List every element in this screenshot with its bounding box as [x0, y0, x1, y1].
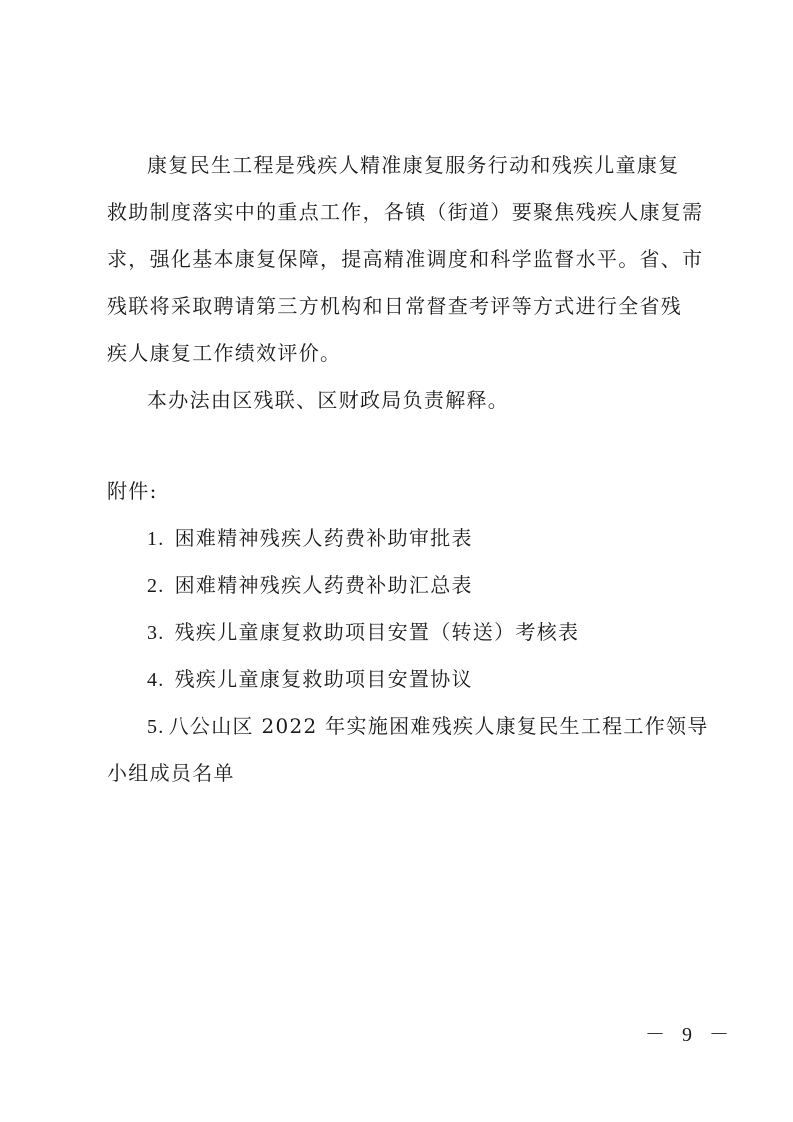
attachment-number: 5. [147, 714, 165, 740]
attachment-item-1: 1.困难精神残疾人药费补助审批表 [147, 525, 473, 552]
attachment-title: 八公山区 2022 年实施困难残疾人康复民生工程工作领导 [169, 714, 709, 738]
attachment-number: 4. [147, 667, 165, 693]
paragraph-1-line-2: 救助制度落实中的重点工作，各镇（街道）要聚焦残疾人康复需 [107, 199, 703, 225]
paragraph-1-line-3: 求，强化基本康复保障，提高精准调度和科学监督水平。省、市 [107, 246, 703, 272]
attachment-title: 困难精神残疾人药费补助汇总表 [175, 573, 473, 597]
paragraph-2-line-1: 本办法由区残联、区财政局负责解释。 [147, 387, 509, 413]
attachment-number: 2. [147, 573, 165, 599]
attachment-item-4: 4.残疾儿童康复救助项目安置协议 [147, 666, 473, 693]
attachment-title: 困难精神残疾人药费补助审批表 [175, 526, 473, 550]
attachment-title: 残疾儿童康复救助项目安置协议 [175, 667, 473, 691]
paragraph-1-line-4: 残联将采取聘请第三方机构和日常督查考评等方式进行全省残 [107, 293, 682, 319]
paragraph-1-line-1: 康复民生工程是残疾人精准康复服务行动和残疾儿童康复 [147, 152, 680, 178]
attachments-heading: 附件: [107, 478, 158, 504]
attachment-item-2: 2.困难精神残疾人药费补助汇总表 [147, 572, 473, 599]
attachment-item-3: 3.残疾儿童康复救助项目安置（转送）考核表 [147, 619, 579, 646]
attachment-item-5: 5.八公山区 2022 年实施困难残疾人康复民生工程工作领导 [147, 713, 709, 740]
attachment-title: 残疾儿童康复救助项目安置（转送）考核表 [175, 620, 580, 644]
document-page: 康复民生工程是残疾人精准康复服务行动和残疾儿童康复 救助制度落实中的重点工作，各… [0, 0, 793, 1122]
page-number: － 9 － [645, 1018, 735, 1047]
attachment-item-5-continuation: 小组成员名单 [107, 760, 235, 786]
paragraph-1-line-5: 疾人康复工作绩效评价。 [107, 340, 341, 366]
attachment-number: 3. [147, 620, 165, 646]
attachment-number: 1. [147, 526, 165, 552]
